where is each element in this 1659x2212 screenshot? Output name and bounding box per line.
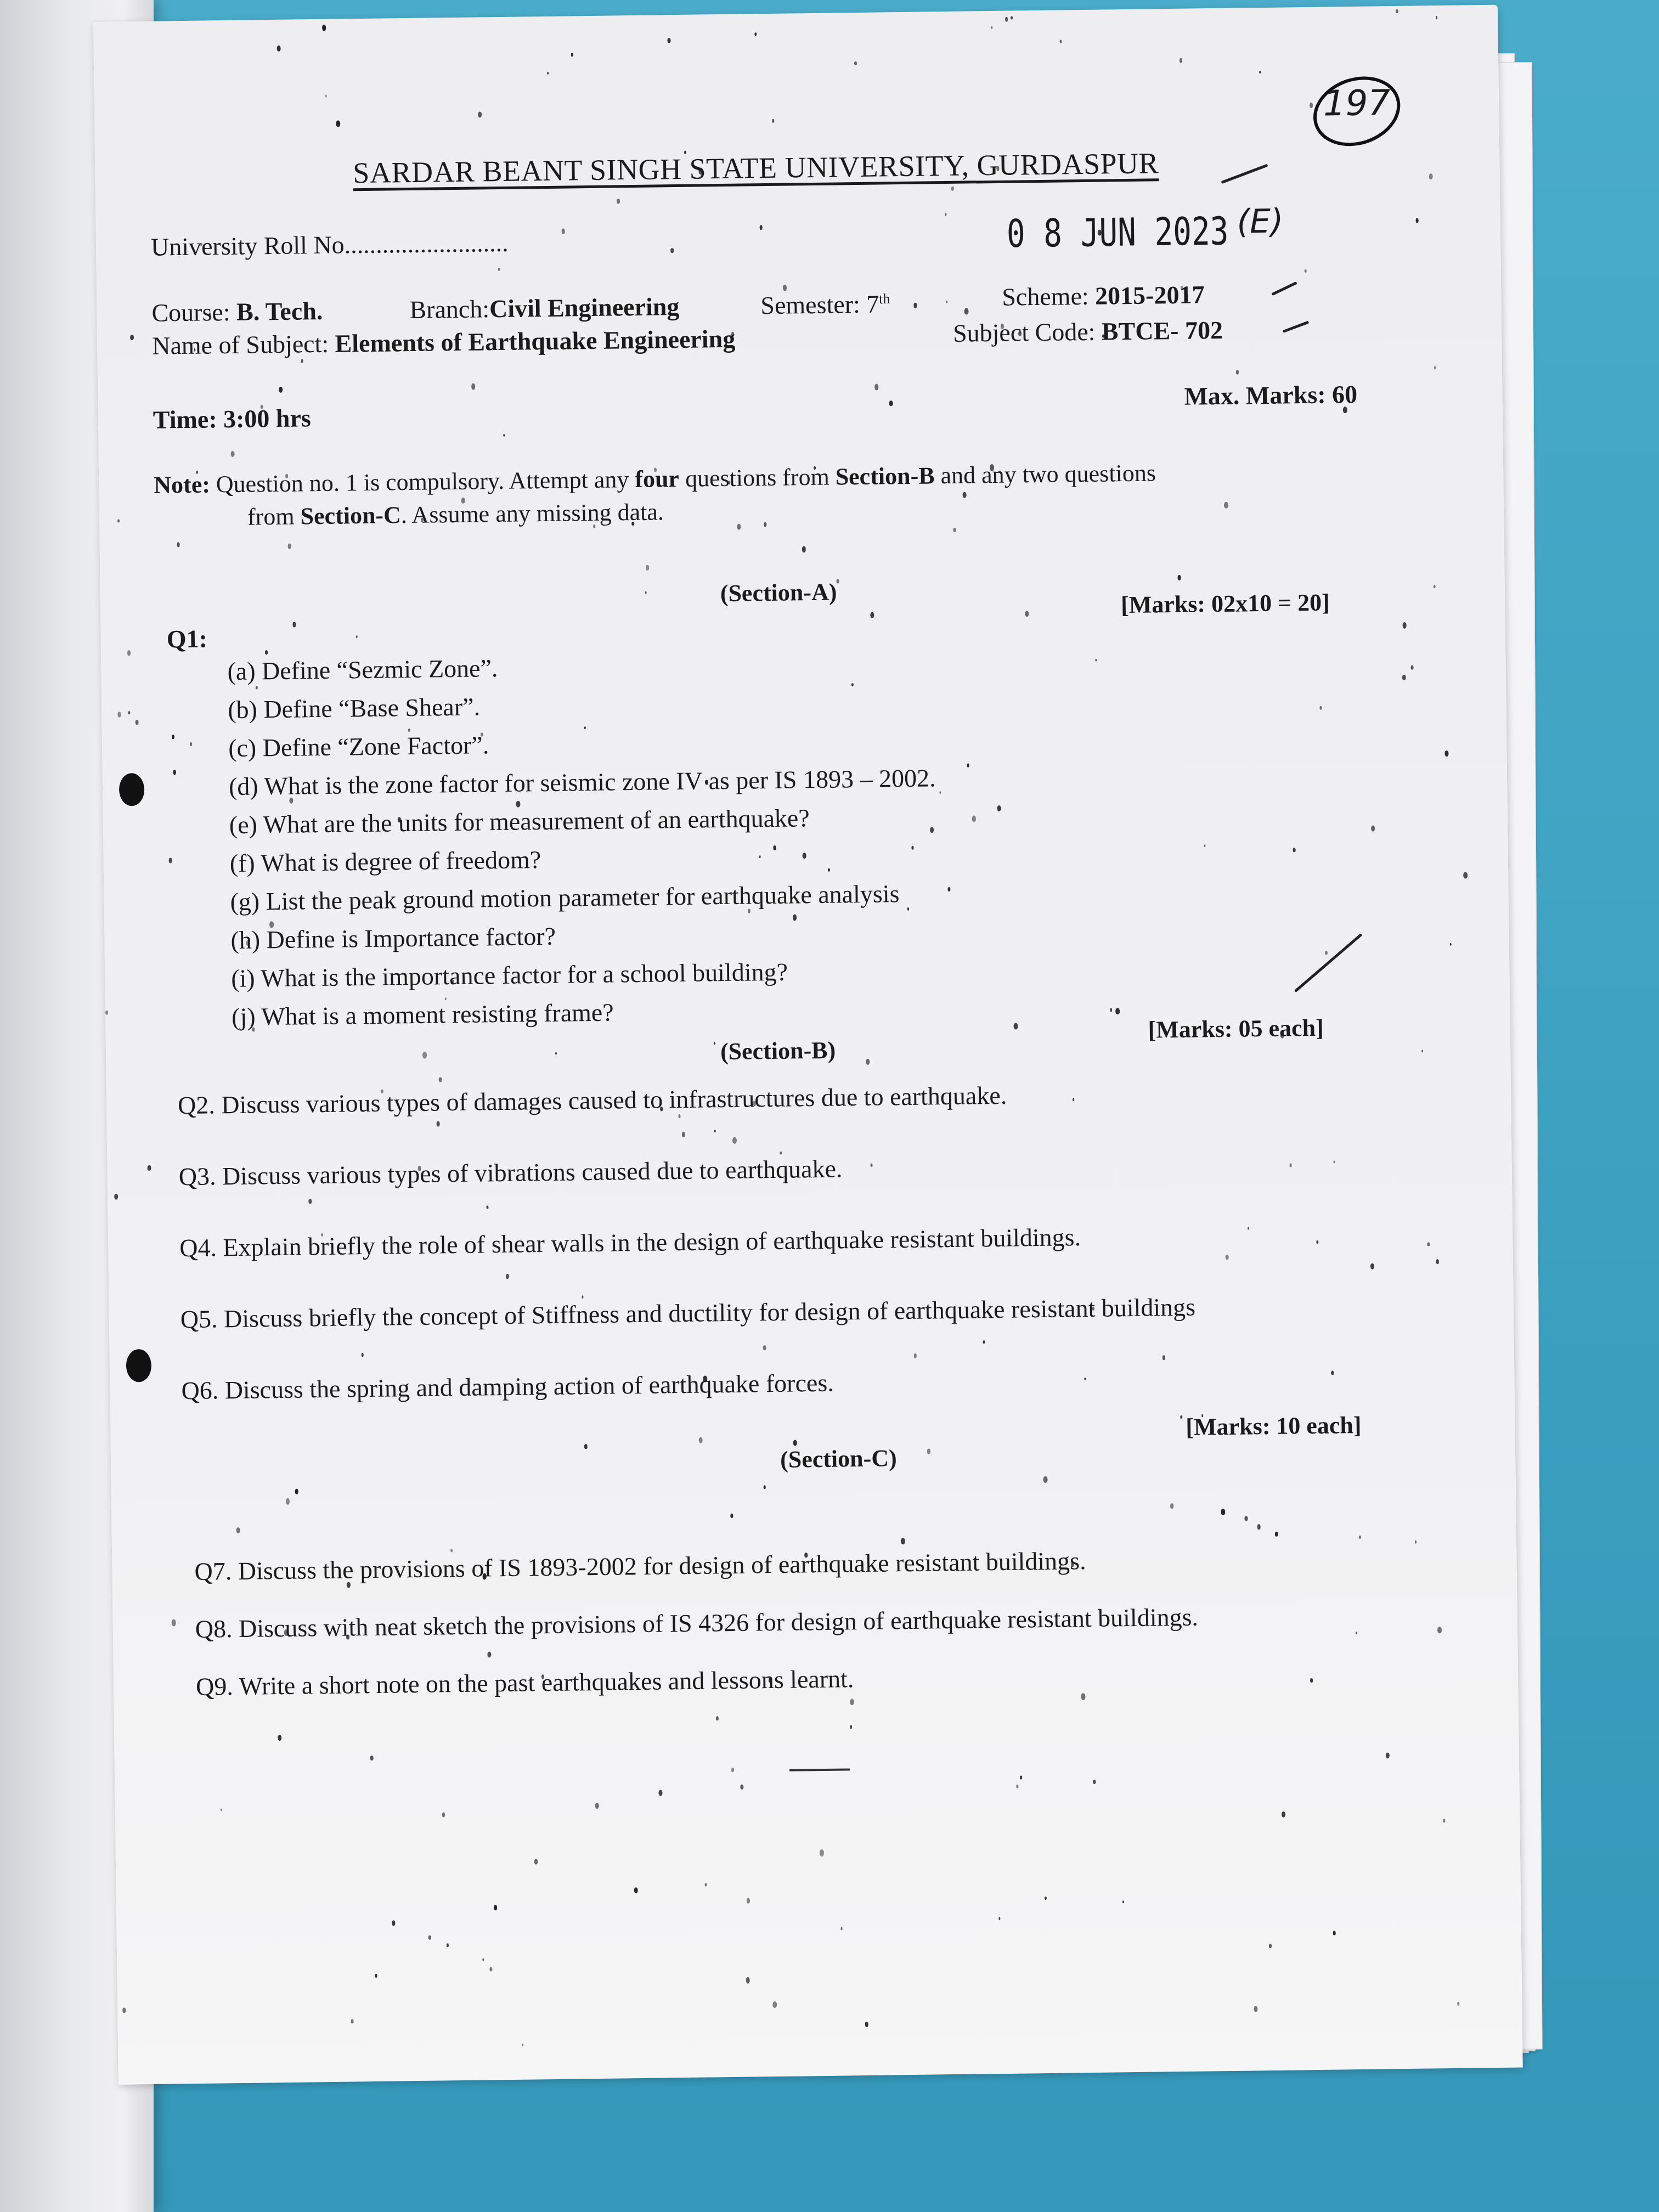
photocopy-speck bbox=[301, 359, 303, 363]
photocopy-speck bbox=[732, 1137, 737, 1144]
photocopy-speck bbox=[295, 1489, 298, 1494]
photocopy-speck bbox=[684, 151, 686, 154]
photocopy-speck bbox=[889, 400, 893, 407]
photocopy-speck bbox=[1437, 1627, 1442, 1633]
photocopy-speck bbox=[1436, 1259, 1439, 1264]
handwritten-mark: (E) bbox=[1237, 202, 1284, 241]
section-a-marks: [Marks: 02x10 = 20] bbox=[1121, 589, 1330, 619]
photocopy-speck bbox=[442, 1812, 445, 1817]
photocopy-speck bbox=[1073, 1098, 1075, 1101]
photocopy-speck bbox=[351, 2019, 354, 2023]
photocopy-speck bbox=[763, 1345, 766, 1350]
photocopy-speck bbox=[1098, 230, 1102, 236]
subquestion: (a) Define “Sezmic Zone”. bbox=[227, 653, 498, 686]
photocopy-speck bbox=[699, 1437, 703, 1443]
photocopy-speck bbox=[930, 827, 934, 833]
photocopy-speck bbox=[1257, 1524, 1261, 1530]
photocopy-speck bbox=[447, 1943, 449, 1947]
photocopy-speck bbox=[288, 544, 292, 549]
photocopy-speck bbox=[1319, 706, 1322, 710]
branch-label: Branch: bbox=[409, 295, 489, 324]
photocopy-speck bbox=[370, 1756, 374, 1760]
photocopy-speck bbox=[1122, 1900, 1124, 1903]
photocopy-speck bbox=[854, 61, 857, 65]
photocopy-speck bbox=[1084, 1378, 1086, 1380]
photocopy-speck bbox=[1429, 173, 1433, 179]
photocopy-speck bbox=[562, 229, 566, 234]
photocopy-speck bbox=[321, 1233, 323, 1237]
note-line-2: from Section-C. Assume any missing data. bbox=[247, 498, 664, 531]
photocopy-speck bbox=[246, 940, 250, 946]
question: Q3. Discuss various types of vibrations … bbox=[178, 1154, 842, 1191]
photocopy-speck bbox=[678, 1114, 680, 1118]
photocopy-speck bbox=[850, 1699, 854, 1705]
photocopy-speck bbox=[1444, 751, 1448, 757]
photocopy-speck bbox=[769, 1678, 772, 1683]
note-text: Question no. 1 is compulsory. Attempt an… bbox=[216, 466, 635, 498]
photocopy-speck bbox=[841, 1927, 843, 1931]
subquestion: (h) Define is Importance factor? bbox=[230, 922, 556, 955]
question: Q7. Discuss the provisions of IS 1893-20… bbox=[194, 1546, 1086, 1586]
photocopy-speck bbox=[1095, 659, 1097, 662]
course-value: B. Tech. bbox=[236, 297, 323, 326]
handwritten-number: 197 bbox=[1323, 83, 1391, 124]
max-marks-label: Max. Marks: bbox=[1184, 381, 1326, 410]
photocopy-speck bbox=[939, 791, 941, 794]
photocopy-speck bbox=[325, 95, 327, 98]
photocopy-speck bbox=[658, 1790, 662, 1796]
photocopy-speck bbox=[422, 1052, 427, 1059]
photocopy-speck bbox=[1163, 1355, 1166, 1360]
photocopy-speck bbox=[946, 301, 947, 303]
photocopy-speck bbox=[582, 1295, 584, 1299]
photocopy-speck bbox=[1371, 826, 1375, 832]
photocopy-speck bbox=[983, 1340, 985, 1344]
time-value: 3:00 hrs bbox=[223, 404, 311, 433]
subquestion: (i) What is the importance factor for a … bbox=[231, 957, 788, 993]
photocopy-speck bbox=[196, 471, 198, 474]
photocopy-speck bbox=[803, 853, 806, 859]
photocopy-speck bbox=[1416, 218, 1419, 223]
photocopy-speck bbox=[793, 914, 797, 921]
question-paper: 197 SARDAR BEANT SINGH STATE UNIVERSITY,… bbox=[93, 5, 1523, 2085]
photocopy-speck bbox=[998, 1917, 1001, 1920]
photocopy-speck bbox=[421, 518, 424, 522]
photocopy-speck bbox=[866, 1059, 870, 1065]
photocopy-speck bbox=[1244, 1516, 1248, 1521]
photocopy-speck bbox=[660, 1107, 663, 1111]
photocopy-speck bbox=[772, 2001, 777, 2008]
subquestion: (j) What is a moment resisting frame? bbox=[232, 998, 614, 1032]
photocopy-speck bbox=[631, 522, 634, 526]
note-text: questions from bbox=[679, 464, 836, 492]
max-marks-info: Max. Marks: 60 bbox=[1184, 380, 1357, 411]
photocopy-speck bbox=[698, 167, 703, 174]
photocopy-speck bbox=[1071, 1562, 1074, 1567]
photocopy-speck bbox=[114, 1194, 118, 1200]
photocopy-speck bbox=[437, 1121, 440, 1126]
photocopy-speck bbox=[1011, 16, 1013, 20]
photocopy-speck bbox=[1434, 585, 1436, 588]
photocopy-speck bbox=[1403, 622, 1407, 629]
subquestion: (e) What are the units for measurement o… bbox=[229, 803, 810, 839]
photocopy-speck bbox=[1254, 2006, 1257, 2012]
question: Q8. Discuss with neat sketch the provisi… bbox=[195, 1602, 1198, 1644]
subject-code-value: BTCE- 702 bbox=[1102, 316, 1223, 346]
subquestion: (d) What is the zone factor for seismic … bbox=[229, 763, 936, 801]
section-c-marks: [Marks: 10 each] bbox=[1186, 1411, 1362, 1441]
photocopy-speck bbox=[654, 468, 657, 472]
photocopy-speck bbox=[169, 857, 173, 863]
photocopy-speck bbox=[1443, 1819, 1445, 1822]
punch-hole bbox=[126, 1349, 152, 1383]
pen-tick bbox=[1283, 321, 1310, 333]
photocopy-speck bbox=[945, 213, 947, 216]
photocopy-speck bbox=[1310, 103, 1313, 108]
photocopy-speck bbox=[130, 335, 134, 341]
photocopy-speck bbox=[851, 683, 854, 686]
photocopy-speck bbox=[494, 1905, 497, 1910]
scheme-value: 2015-2017 bbox=[1095, 280, 1205, 309]
photocopy-speck bbox=[516, 801, 520, 808]
photocopy-speck bbox=[947, 887, 950, 892]
photocopy-speck bbox=[740, 1785, 743, 1790]
photocopy-speck bbox=[336, 121, 340, 127]
photocopy-speck bbox=[261, 405, 263, 409]
subject-info: Name of Subject: Elements of Earthquake … bbox=[152, 324, 736, 360]
photocopy-speck bbox=[147, 1165, 151, 1171]
photocopy-speck bbox=[870, 612, 874, 618]
photocopy-speck bbox=[1325, 951, 1328, 955]
subject-value: Elements of Earthquake Engineering bbox=[335, 325, 735, 358]
subquestion: (b) Define “Base Shear”. bbox=[228, 692, 480, 724]
photocopy-speck bbox=[667, 38, 670, 43]
photocopy-speck bbox=[714, 1042, 715, 1045]
photocopy-speck bbox=[737, 524, 741, 530]
semester-info: Semester: 7th bbox=[760, 289, 890, 320]
photocopy-speck bbox=[450, 1549, 453, 1552]
photocopy-speck bbox=[1402, 675, 1406, 680]
photocopy-speck bbox=[670, 248, 674, 253]
date-stamp: 0 8 JUN 2023 bbox=[1006, 210, 1229, 257]
time-label: Time: bbox=[153, 405, 217, 433]
photocopy-speck bbox=[1181, 286, 1183, 289]
photocopy-speck bbox=[127, 650, 131, 656]
branch-value: Civil Engineering bbox=[489, 292, 680, 323]
photocopy-speck bbox=[907, 907, 910, 911]
photocopy-speck bbox=[1305, 269, 1307, 273]
photocopy-speck bbox=[820, 1849, 824, 1857]
photocopy-speck bbox=[1293, 848, 1296, 852]
subquestion: (c) Define “Zone Factor”. bbox=[228, 730, 489, 763]
section-a-title: (Section-A) bbox=[720, 578, 837, 608]
photocopy-speck bbox=[1259, 71, 1261, 74]
photocopy-speck bbox=[487, 1651, 491, 1657]
photocopy-speck bbox=[172, 735, 174, 739]
photocopy-speck bbox=[746, 1977, 751, 1984]
photocopy-speck bbox=[571, 53, 573, 57]
photocopy-speck bbox=[972, 815, 976, 822]
photocopy-speck bbox=[428, 1936, 431, 1940]
photocopy-speck bbox=[1386, 1752, 1390, 1758]
photocopy-speck bbox=[963, 492, 967, 498]
photocopy-speck bbox=[730, 1514, 733, 1518]
photocopy-speck bbox=[780, 1152, 782, 1155]
photocopy-speck bbox=[991, 26, 992, 29]
photocopy-speck bbox=[136, 720, 139, 725]
photocopy-speck bbox=[1248, 1227, 1249, 1229]
photocopy-speck bbox=[236, 1527, 240, 1533]
photocopy-speck bbox=[292, 622, 296, 628]
note-text: . Assume any missing data. bbox=[401, 498, 664, 528]
subject-code-label: Subject Code: bbox=[953, 318, 1096, 347]
photocopy-speck bbox=[914, 1353, 917, 1358]
photocopy-speck bbox=[346, 1635, 349, 1640]
handwritten-letter: E bbox=[1250, 202, 1271, 241]
photocopy-speck bbox=[105, 1011, 108, 1015]
photocopy-speck bbox=[1359, 1536, 1361, 1539]
photocopy-speck bbox=[760, 225, 763, 230]
photocopy-speck bbox=[728, 481, 730, 484]
max-marks-value: 60 bbox=[1332, 380, 1358, 409]
question: Q6. Discuss the spring and damping actio… bbox=[181, 1368, 834, 1406]
question: Q4. Explain briefly the role of shear wa… bbox=[179, 1222, 1081, 1262]
question-1-label: Q1: bbox=[166, 624, 207, 654]
photocopy-speck bbox=[461, 498, 465, 504]
photocopy-speck bbox=[122, 2008, 126, 2013]
note-bold: Section-B bbox=[835, 462, 934, 490]
semester-value: 7 bbox=[866, 290, 879, 318]
photocopy-speck bbox=[793, 1440, 797, 1446]
photocopy-speck bbox=[547, 72, 549, 75]
photocopy-speck bbox=[506, 1274, 509, 1279]
photocopy-speck bbox=[1043, 1476, 1048, 1483]
pen-tick bbox=[1294, 933, 1363, 992]
photocopy-speck bbox=[478, 111, 482, 117]
note-bold: four bbox=[635, 465, 679, 493]
photocopy-speck bbox=[593, 524, 595, 528]
photocopy-speck bbox=[278, 1735, 281, 1741]
photocopy-speck bbox=[362, 1353, 364, 1357]
question: Q9. Write a short note on the past earth… bbox=[196, 1664, 854, 1701]
photocopy-speck bbox=[617, 199, 620, 204]
roll-no-field: .......................... bbox=[344, 229, 509, 259]
roll-no: University Roll No......................… bbox=[151, 228, 509, 262]
photocopy-speck bbox=[173, 770, 176, 775]
photocopy-speck bbox=[117, 519, 120, 522]
photocopy-speck bbox=[1110, 1008, 1112, 1012]
photocopy-speck bbox=[714, 1130, 716, 1132]
photocopy-speck bbox=[1226, 1255, 1229, 1260]
photocopy-speck bbox=[1334, 1160, 1335, 1164]
photocopy-speck bbox=[1093, 1780, 1096, 1784]
course-info: Course: B. Tech. bbox=[151, 296, 323, 328]
photocopy-speck bbox=[1316, 1240, 1318, 1244]
photocopy-speck bbox=[1415, 1541, 1417, 1544]
photocopy-speck bbox=[1370, 1263, 1374, 1269]
photocopy-speck bbox=[269, 921, 274, 928]
photocopy-speck bbox=[1436, 16, 1438, 19]
photocopy-speck bbox=[1170, 1503, 1174, 1509]
photocopy-speck bbox=[634, 1887, 638, 1893]
photocopy-speck bbox=[850, 1725, 852, 1729]
photocopy-speck bbox=[381, 1090, 383, 1093]
photocopy-speck bbox=[1450, 943, 1452, 946]
subquestion: (f) What is degree of freedom? bbox=[229, 845, 541, 878]
photocopy-speck bbox=[534, 1859, 538, 1864]
photocopy-speck bbox=[1310, 1678, 1313, 1683]
photocopy-speck bbox=[177, 542, 180, 547]
photocopy-speck bbox=[392, 1921, 395, 1926]
photocopy-speck bbox=[208, 312, 211, 315]
section-b-marks: [Marks: 05 each] bbox=[1148, 1014, 1324, 1044]
photocopy-speck bbox=[1457, 2002, 1459, 2006]
photocopy-speck bbox=[277, 46, 281, 52]
photocopy-speck bbox=[356, 635, 358, 638]
subject-code-info: Subject Code: BTCE- 702 bbox=[953, 315, 1223, 348]
photocopy-speck bbox=[308, 1199, 312, 1204]
note-text: and any two questions bbox=[934, 459, 1156, 489]
photocopy-speck bbox=[279, 387, 283, 393]
photocopy-speck bbox=[747, 1898, 750, 1904]
photocopy-speck bbox=[584, 726, 586, 729]
punch-hole bbox=[119, 773, 145, 806]
photocopy-speck bbox=[128, 711, 130, 714]
photocopy-speck bbox=[498, 268, 500, 271]
question: Q5. Discuss briefly the concept of Stiff… bbox=[180, 1293, 1196, 1334]
photocopy-speck bbox=[1180, 1415, 1182, 1419]
photocopy-speck bbox=[802, 546, 806, 552]
photocopy-speck bbox=[1396, 9, 1398, 13]
photocopy-speck bbox=[901, 1538, 905, 1544]
photocopy-speck bbox=[471, 383, 475, 390]
subquestion: (g) List the peak ground motion paramete… bbox=[230, 879, 899, 916]
photocopy-speck bbox=[837, 579, 839, 583]
course-label: Course: bbox=[151, 298, 230, 327]
photocopy-speck bbox=[705, 1883, 707, 1887]
photocopy-speck bbox=[439, 1077, 442, 1082]
photocopy-speck bbox=[1060, 39, 1062, 43]
photocopy-speck bbox=[1013, 1023, 1018, 1030]
photocopy-speck bbox=[286, 1498, 290, 1505]
photocopy-speck bbox=[865, 2022, 868, 2027]
photocopy-speck bbox=[265, 650, 268, 654]
photocopy-speck bbox=[754, 32, 757, 36]
photocopy-speck bbox=[172, 1619, 176, 1626]
photocopy-speck bbox=[1236, 370, 1239, 375]
note-bold: Section-C bbox=[300, 501, 401, 529]
photocopy-speck bbox=[705, 780, 708, 785]
photocopy-speck bbox=[964, 308, 968, 315]
photocopy-speck bbox=[1005, 17, 1008, 22]
note-line-1: Note: Question no. 1 is compulsory. Atte… bbox=[154, 459, 1156, 499]
photocopy-speck bbox=[522, 2044, 523, 2046]
photocopy-speck bbox=[1020, 1776, 1022, 1780]
photocopy-speck bbox=[482, 1959, 484, 1961]
photocopy-speck bbox=[117, 712, 121, 717]
photocopy-speck bbox=[1427, 1242, 1430, 1246]
question: Q2. Discuss various types of damages cau… bbox=[178, 1081, 1007, 1120]
photocopy-speck bbox=[322, 25, 326, 31]
end-of-paper-line bbox=[789, 1768, 850, 1771]
photocopy-speck bbox=[489, 1967, 492, 1971]
photocopy-speck bbox=[772, 119, 774, 123]
semester-suffix: th bbox=[879, 291, 890, 307]
branch-info: Branch:Civil Engineering bbox=[409, 292, 680, 324]
photocopy-speck bbox=[1221, 1509, 1225, 1515]
photocopy-speck bbox=[256, 686, 258, 689]
photocopy-speck bbox=[645, 591, 647, 594]
photocopy-speck bbox=[1045, 1897, 1047, 1900]
photocopy-speck bbox=[911, 846, 914, 850]
time-info: Time: 3:00 hrs bbox=[153, 403, 312, 435]
photocopy-speck bbox=[1275, 1532, 1278, 1537]
pen-tick bbox=[1271, 281, 1297, 296]
photocopy-speck bbox=[595, 1803, 599, 1809]
photocopy-speck bbox=[347, 1582, 351, 1588]
photocopy-speck bbox=[1115, 1008, 1120, 1015]
note-text: from bbox=[247, 503, 301, 530]
photocopy-speck bbox=[375, 1974, 377, 1978]
photocopy-speck bbox=[1016, 1785, 1018, 1788]
photocopy-speck bbox=[418, 1166, 421, 1171]
photocopy-speck bbox=[289, 798, 293, 804]
photocopy-speck bbox=[1224, 502, 1228, 509]
photocopy-speck bbox=[221, 1808, 222, 1811]
photocopy-speck bbox=[731, 1768, 734, 1772]
note-label: Note: bbox=[154, 471, 210, 498]
photocopy-speck bbox=[1177, 575, 1181, 580]
photocopy-speck bbox=[646, 565, 649, 571]
subject-label: Name of Subject: bbox=[152, 330, 329, 360]
semester-label: Semester: bbox=[760, 290, 860, 319]
photocopy-speck bbox=[1343, 407, 1347, 413]
photocopy-speck bbox=[953, 528, 956, 532]
photocopy-speck bbox=[967, 764, 970, 768]
photocopy-speck bbox=[1356, 1632, 1357, 1634]
photocopy-speck bbox=[1411, 665, 1414, 670]
photocopy-speck bbox=[828, 868, 830, 872]
scheme-label: Scheme: bbox=[1002, 282, 1089, 311]
photocopy-speck bbox=[1180, 58, 1182, 63]
photocopy-speck bbox=[1025, 611, 1029, 617]
photocopy-speck bbox=[874, 384, 878, 391]
photocopy-speck bbox=[1434, 366, 1436, 369]
photocopy-speck bbox=[1421, 1050, 1423, 1053]
photocopy-speck bbox=[555, 1052, 557, 1055]
photocopy-speck bbox=[1331, 1371, 1334, 1375]
section-b-title: (Section-B) bbox=[720, 1036, 836, 1066]
university-title: SARDAR BEANT SINGH STATE UNIVERSITY, GUR… bbox=[353, 146, 1159, 190]
photocopy-speck bbox=[1333, 1931, 1336, 1936]
photocopy-speck bbox=[716, 1716, 719, 1720]
photocopy-speck bbox=[1282, 1812, 1285, 1818]
photocopy-speck bbox=[951, 187, 954, 191]
photocopy-speck bbox=[1081, 1693, 1085, 1700]
photocopy-speck bbox=[486, 1205, 488, 1209]
photocopy-speck bbox=[682, 1132, 685, 1137]
photocopy-speck bbox=[814, 466, 816, 470]
photocopy-speck bbox=[483, 1573, 487, 1579]
photocopy-speck bbox=[764, 522, 766, 527]
photocopy-speck bbox=[503, 434, 505, 437]
photocopy-speck bbox=[759, 855, 761, 858]
photocopy-speck bbox=[481, 732, 483, 736]
pen-tick bbox=[1221, 164, 1268, 184]
photocopy-speck bbox=[997, 805, 1001, 811]
photocopy-speck bbox=[1269, 1944, 1272, 1948]
photocopy-speck bbox=[990, 464, 994, 471]
